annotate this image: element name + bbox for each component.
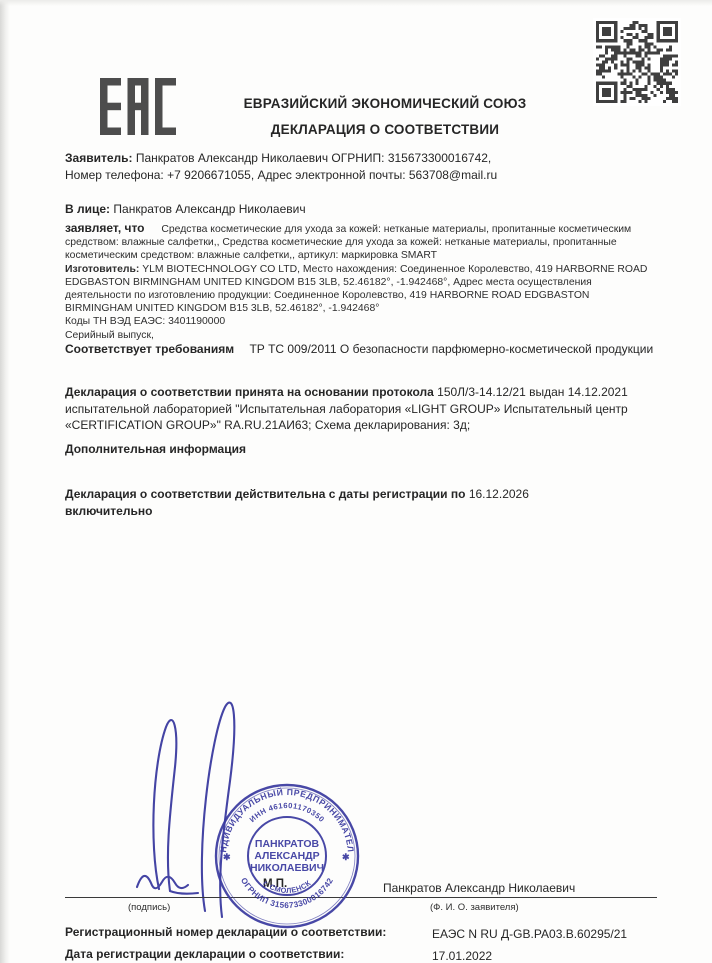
additional-info-section: Дополнительная информация xyxy=(65,441,657,458)
validity-date: 16.12.2026 xyxy=(469,487,529,501)
compliance-text: ТР ТС 009/2011 О безопасности парфюмерно… xyxy=(249,342,653,356)
document-header: ЕВРАЗИЙСКИЙ ЭКОНОМИЧЕСКИЙ СОЮЗ ДЕКЛАРАЦИ… xyxy=(120,96,650,137)
represented-by-label: В лице: xyxy=(65,202,110,216)
manufacturer-label: Изготовитель: xyxy=(65,264,139,275)
qr-code xyxy=(592,18,682,106)
basis-section: Декларация о соответствии принята на осн… xyxy=(65,384,657,434)
compliance-label: Соответствует требованиям xyxy=(65,342,234,356)
registration-date-label: Дата регистрации декларации о соответств… xyxy=(65,947,344,961)
union-title: ЕВРАЗИЙСКИЙ ЭКОНОМИЧЕСКИЙ СОЮЗ xyxy=(120,96,650,111)
svg-text:ИНН 461601170350: ИНН 461601170350 xyxy=(248,801,327,824)
tnved-code: Коды ТН ВЭД ЕАЭС: 3401190000 xyxy=(65,316,225,327)
declarant-line2: Номер телефона: +7 9206671055, Адрес эле… xyxy=(65,168,497,182)
product-section: заявляет, что Средства косметические для… xyxy=(65,222,657,342)
stamp-inner-bottom-text: г. СМОЛЕНСК xyxy=(261,878,312,895)
declarant-label: Заявитель: xyxy=(65,151,133,165)
stamp-star-left: ✱ xyxy=(223,852,231,862)
represented-by-section: В лице: Панкратов Александр Николаевич xyxy=(65,201,657,218)
stamp-inner-top-text: ИНН 461601170350 xyxy=(248,801,327,824)
validity-section: Декларация о соответствии действительна … xyxy=(65,486,657,519)
basis-label: Декларация о соответствии принята на осн… xyxy=(65,385,434,399)
stamp-star-right: ✱ xyxy=(342,852,350,862)
round-stamp: ИНДИВИДУАЛЬНЫЙ ПРЕДПРИНИМАТЕЛЬ ИНН 46160… xyxy=(212,781,362,931)
manufacturer-text: YLM BIOTECHNOLOGY CO LTD, Место нахожден… xyxy=(65,264,647,315)
stamp-name-line2: АЛЕКСАНДР xyxy=(254,850,319,862)
declarant-line1: Панкратов Александр Николаевич ОГРНИП: 3… xyxy=(136,151,491,165)
declares-label: заявляет, что xyxy=(65,221,145,235)
svg-text:г. СМОЛЕНСК: г. СМОЛЕНСК xyxy=(261,878,312,895)
validity-label: Декларация о соответствии действительна … xyxy=(65,487,465,501)
compliance-section: Соответствует требованиям ТР ТС 009/2011… xyxy=(65,341,657,358)
registration-date-value: 17.01.2022 xyxy=(432,949,492,963)
represented-by-name: Панкратов Александр Николаевич xyxy=(113,202,305,216)
scan-edge-left xyxy=(0,0,10,963)
applicant-name-caption: (Ф. И. О. заявителя) xyxy=(430,902,519,913)
declaration-document: ЕВРАЗИЙСКИЙ ЭКОНОМИЧЕСКИЙ СОЮЗ ДЕКЛАРАЦИ… xyxy=(0,0,712,963)
validity-suffix: включительно xyxy=(65,504,152,518)
applicant-name: Панкратов Александр Николаевич xyxy=(383,881,575,895)
document-title: ДЕКЛАРАЦИЯ О СООТВЕТСТВИИ xyxy=(120,122,650,137)
stamp-name-line3: НИКОЛАЕВИЧ xyxy=(250,862,324,874)
scan-edge-top xyxy=(0,0,712,6)
signature-caption: (подпись) xyxy=(128,902,170,913)
stamp-name-line1: ПАНКРАТОВ xyxy=(255,838,320,850)
serial-release: Серийный выпуск, xyxy=(65,330,154,341)
qr-code-icon xyxy=(592,18,682,106)
registration-number-value: ЕАЭС N RU Д-GB.РА03.В.60295/21 xyxy=(432,927,627,941)
declarant-section: Заявитель: Панкратов Александр Николаеви… xyxy=(65,150,657,183)
product-description: Средства косметические для ухода за коже… xyxy=(65,224,631,261)
additional-info-label: Дополнительная информация xyxy=(65,442,246,456)
